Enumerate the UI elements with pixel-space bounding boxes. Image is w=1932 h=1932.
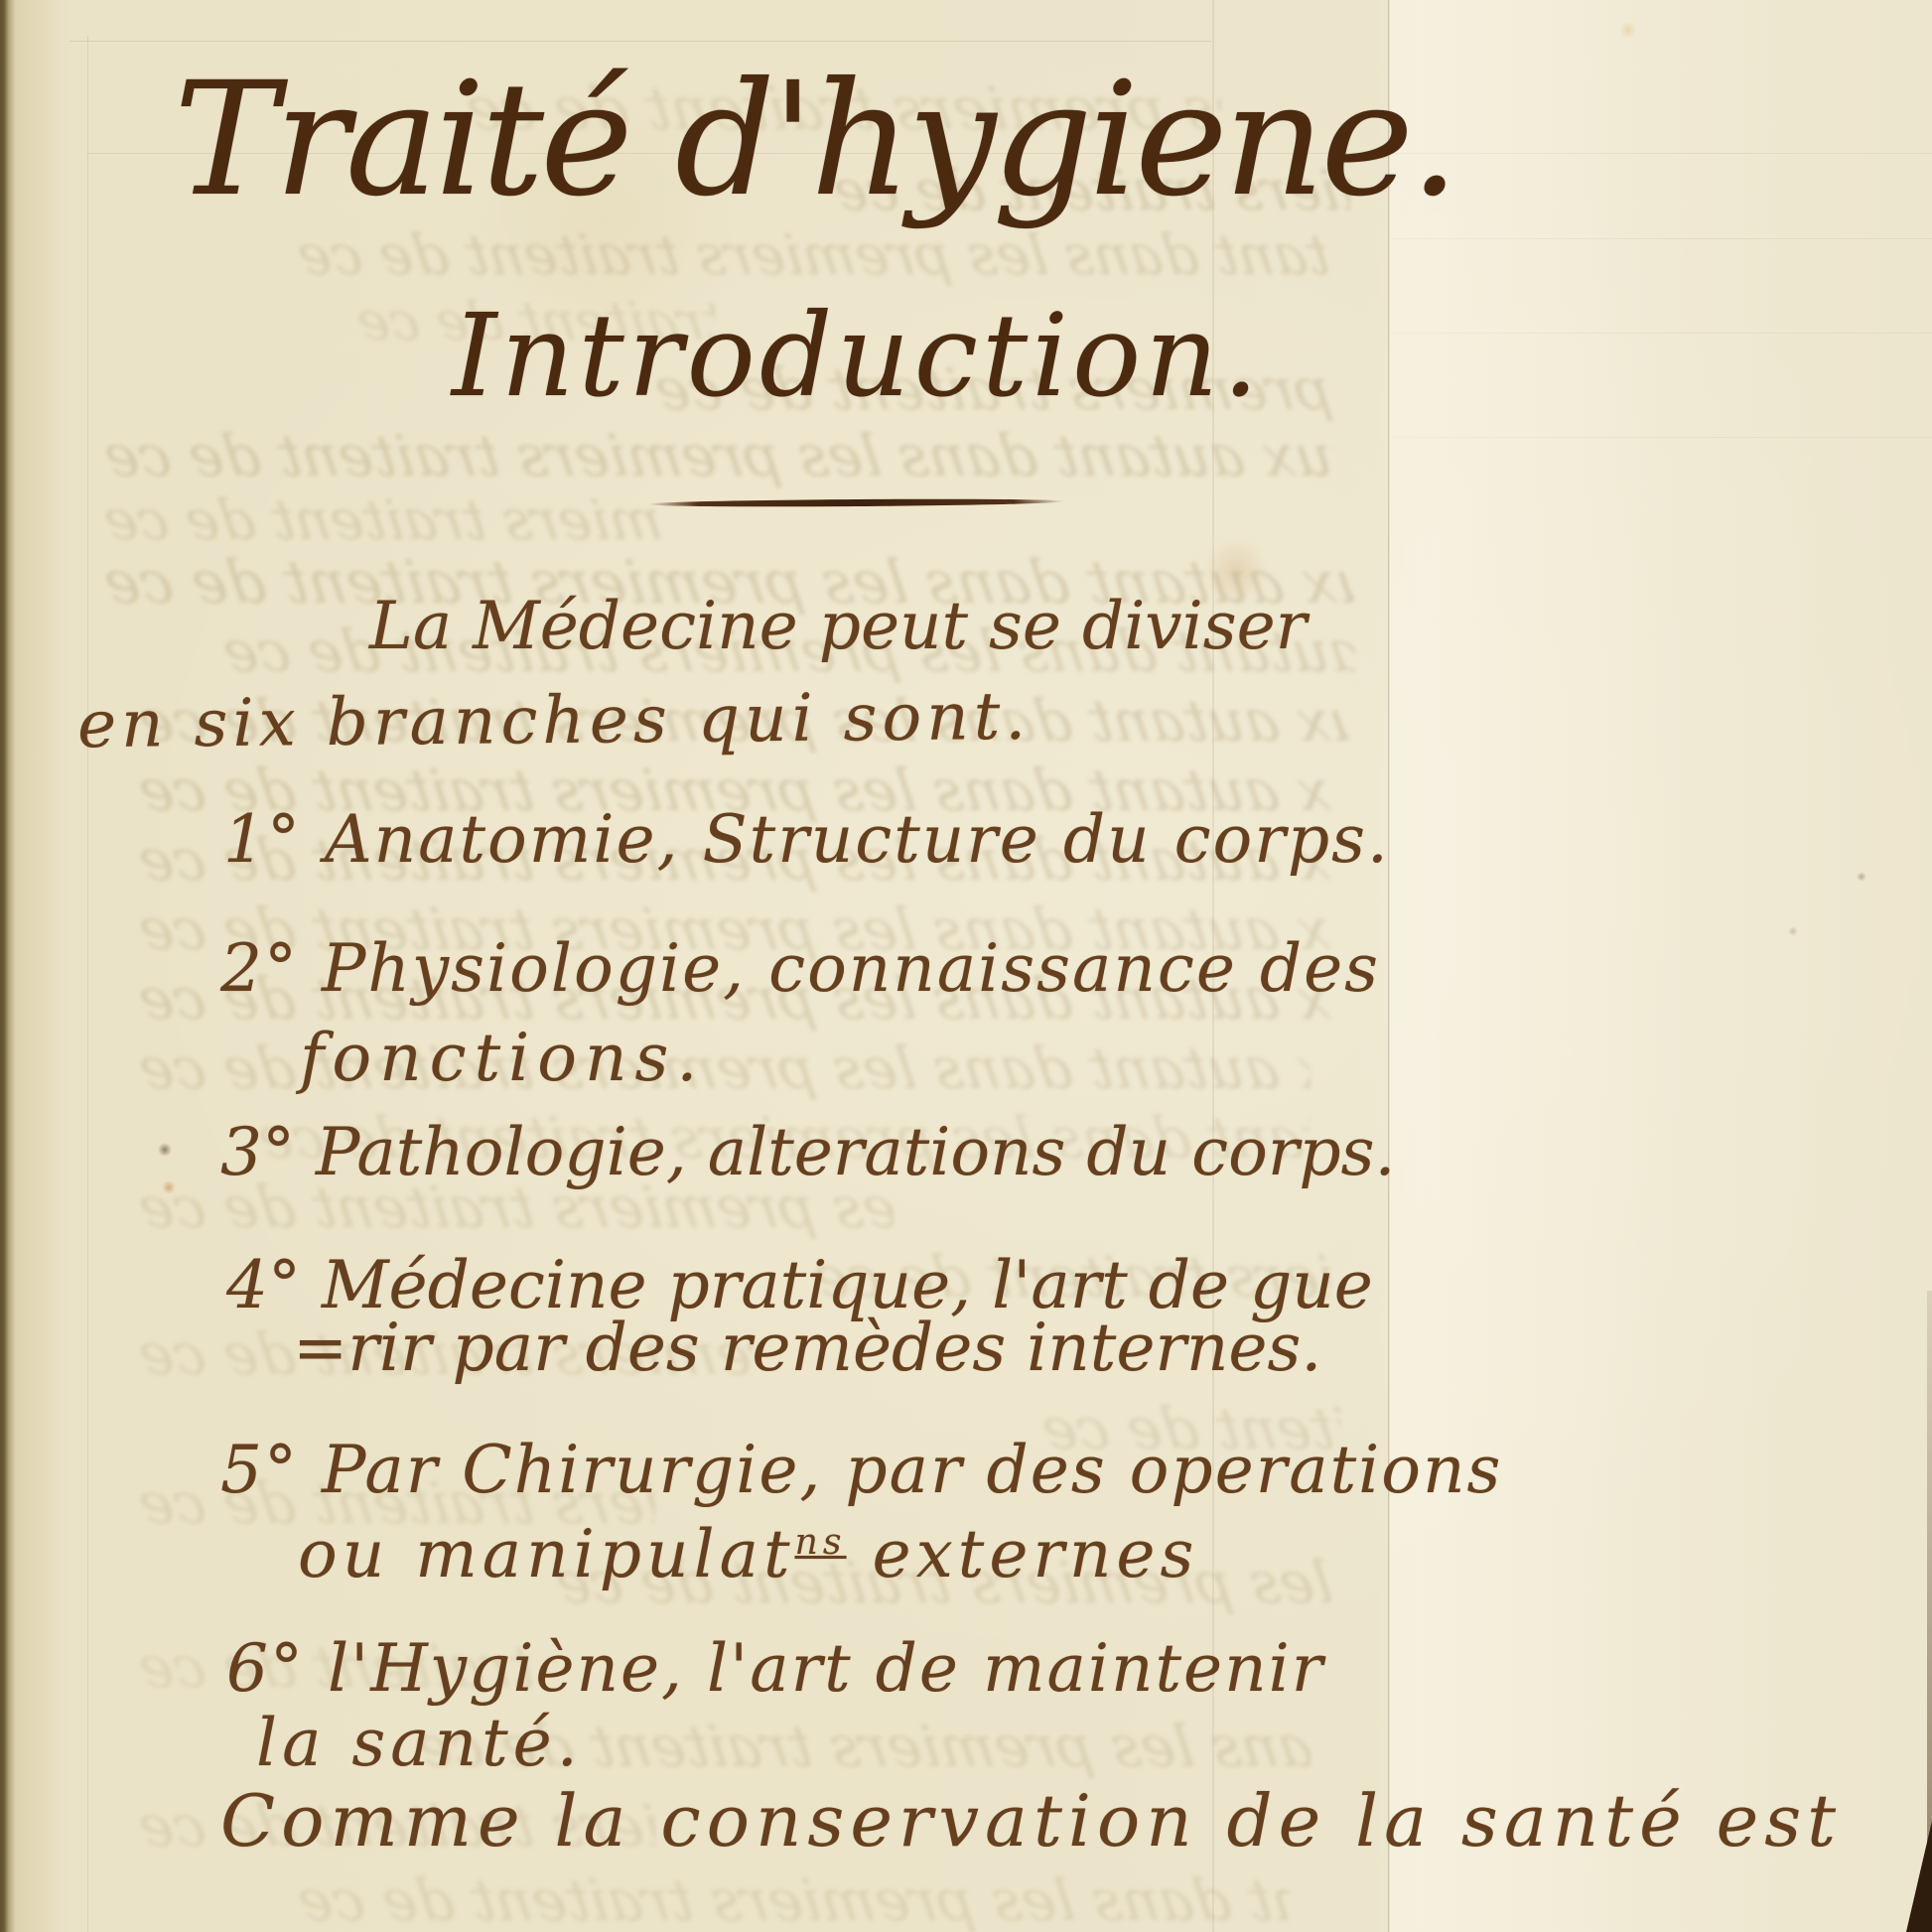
bleedthrough-line: tant plus la conservation que les jeunes… bbox=[298, 223, 1330, 297]
right-margin-zone bbox=[1389, 0, 1932, 1932]
rule-right-2 bbox=[1389, 333, 1932, 334]
branch-3-line-1: 3° Pathologie, alterations du corps. bbox=[220, 1120, 1396, 1185]
branch-2-line-2: fonctions. bbox=[300, 1026, 705, 1091]
bleedthrough-line: tant plus la conservation que les jeunes… bbox=[298, 1866, 1291, 1932]
branch-6-line-1: 6° l'Hygiène, l'art de maintenir bbox=[226, 1636, 1324, 1702]
intro-line-2: en six branches qui sont. bbox=[77, 684, 1032, 758]
branch-4-line-2: =rir par des remèdes internes. bbox=[293, 1315, 1321, 1381]
branch-1-line-1: 1° Anatomie, Structure du corps. bbox=[223, 807, 1390, 873]
intro-line-1: La Médecine peut se diviser bbox=[369, 594, 1307, 659]
closing-line: Comme la conservation de la santé est bbox=[220, 1785, 1842, 1857]
rule-right-1 bbox=[1389, 238, 1932, 239]
branch-5-line-1: 5° Par Chirurgie, par des operations bbox=[220, 1438, 1502, 1503]
branch-5-line-2: ou manipulatns externes bbox=[298, 1522, 1198, 1587]
margin-rule-left bbox=[87, 36, 88, 1932]
heading-divider bbox=[647, 498, 1064, 508]
branch-6-line-2: la santé. bbox=[256, 1711, 583, 1776]
rule-right-3 bbox=[1389, 437, 1932, 438]
superscript-abbreviation: ns bbox=[795, 1520, 847, 1563]
branch-2-line-1: 2° Physiologie, connaissance des bbox=[220, 936, 1380, 1002]
bleedthrough-line: tant plus la conservation que les jeunes… bbox=[104, 422, 1335, 495]
page-fold-line bbox=[1388, 0, 1390, 1932]
margin-rule-top bbox=[69, 41, 1211, 42]
bleedthrough-line: tant plus la conservation que les jeunes… bbox=[104, 488, 660, 562]
manuscript-page: tant plus la conservation que les jeunes… bbox=[0, 0, 1932, 1932]
page-title: Traité d'hygiene. bbox=[174, 62, 1455, 218]
section-heading: Introduction. bbox=[452, 300, 1263, 414]
